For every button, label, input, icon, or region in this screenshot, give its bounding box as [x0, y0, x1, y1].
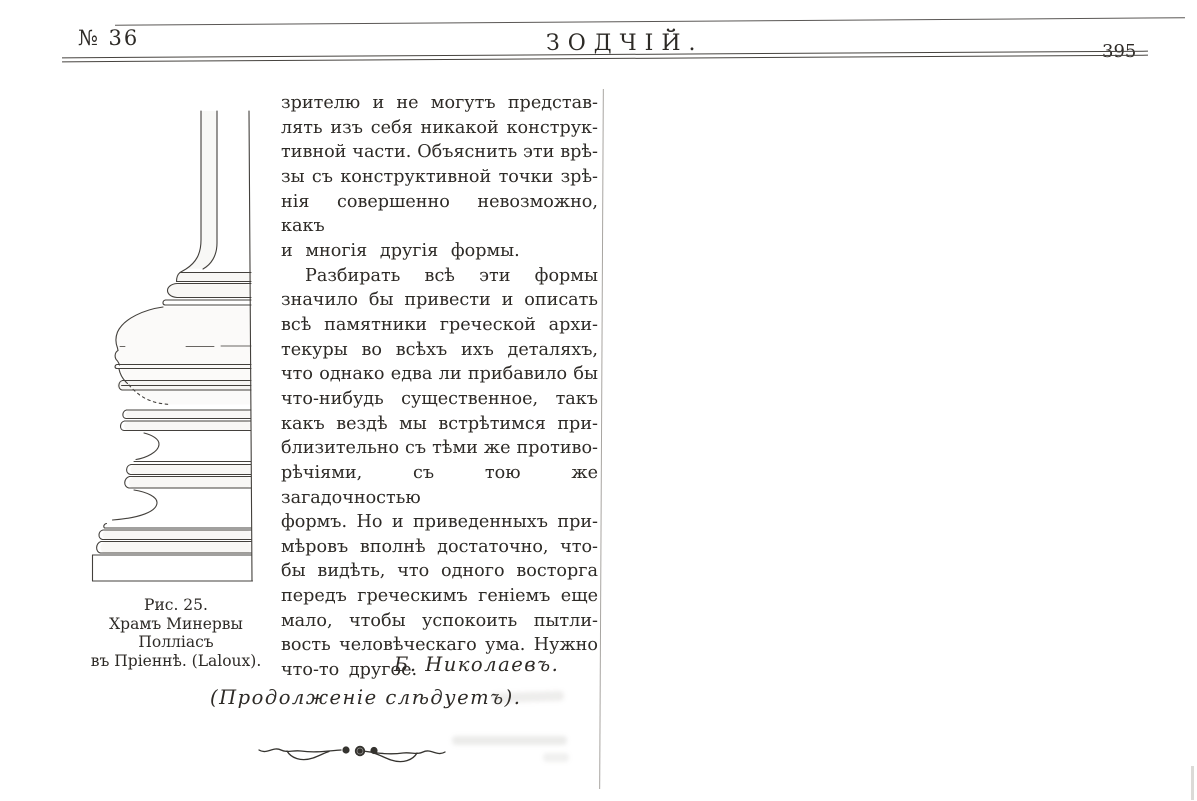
text-line: значило бы привести и описать — [281, 288, 598, 313]
text-line: формъ. Но и приведенныхъ при- — [281, 510, 598, 535]
column-divider-rule — [599, 89, 604, 789]
figure-caption: Рис. 25. Храмъ Минервы Полліасъ въ Пріен… — [75, 596, 277, 670]
text-line: какъ вездѣ мы встрѣтимся при- — [281, 412, 598, 437]
text-line: и многія другія формы. — [281, 239, 598, 264]
article-text-column: зрителю и не могутъ представ- лять изъ с… — [281, 91, 598, 683]
text-line: рѣчіями, съ тою же загадочностью — [281, 461, 598, 510]
text-line: бы видѣть, что одного восторга — [281, 559, 598, 584]
column-base-figure — [84, 98, 259, 590]
caption-line: Храмъ Минервы Полліасъ — [75, 615, 277, 652]
continuation-note: (Продолженіе слѣдуетъ). — [210, 686, 521, 709]
scan-smudge — [492, 691, 564, 704]
text-line: передъ греческимъ геніемъ еще — [281, 584, 598, 609]
text-line: близительно съ тѣми же противо- — [281, 436, 598, 461]
journal-title: ЗОДЧІЙ. — [546, 31, 704, 56]
caption-line: Рис. 25. — [75, 596, 277, 615]
text-line: что-нибудь существенное, такъ — [281, 387, 598, 412]
end-ornament — [257, 738, 447, 766]
text-line: всѣ памятники греческой архи- — [281, 313, 598, 338]
scan-edge-mark — [1191, 766, 1194, 800]
header-top-rule — [115, 17, 1185, 26]
scan-smudge — [452, 736, 567, 745]
text-line: зрителю и не могутъ представ- — [281, 91, 598, 116]
journal-page-scan: № 36 ЗОДЧІЙ. 395 — [0, 0, 1197, 801]
text-line: мало, чтобы успокоить пытли- — [281, 609, 598, 634]
issue-number: № 36 — [78, 26, 139, 50]
text-line: лять изъ себя никакой конструк- — [281, 116, 598, 141]
text-line: нія совершенно невозможно, какъ — [281, 190, 598, 239]
text-line: зы съ конструктивной точки зрѣ- — [281, 165, 598, 190]
author-signature: Б. Николаевъ. — [394, 653, 559, 676]
text-line: Разбирать всѣ эти формы — [281, 264, 598, 289]
text-line: тивной части. Объяснить эти врѣ- — [281, 140, 598, 165]
caption-line: въ Пріеннѣ. (Laloux). — [75, 652, 277, 671]
text-line: мѣровъ вполнѣ достаточно, что- — [281, 535, 598, 560]
scan-smudge — [543, 753, 569, 762]
text-line: что однако едва ли прибавило бы — [281, 362, 598, 387]
text-line: текуры во всѣхъ ихъ деталяхъ, — [281, 338, 598, 363]
